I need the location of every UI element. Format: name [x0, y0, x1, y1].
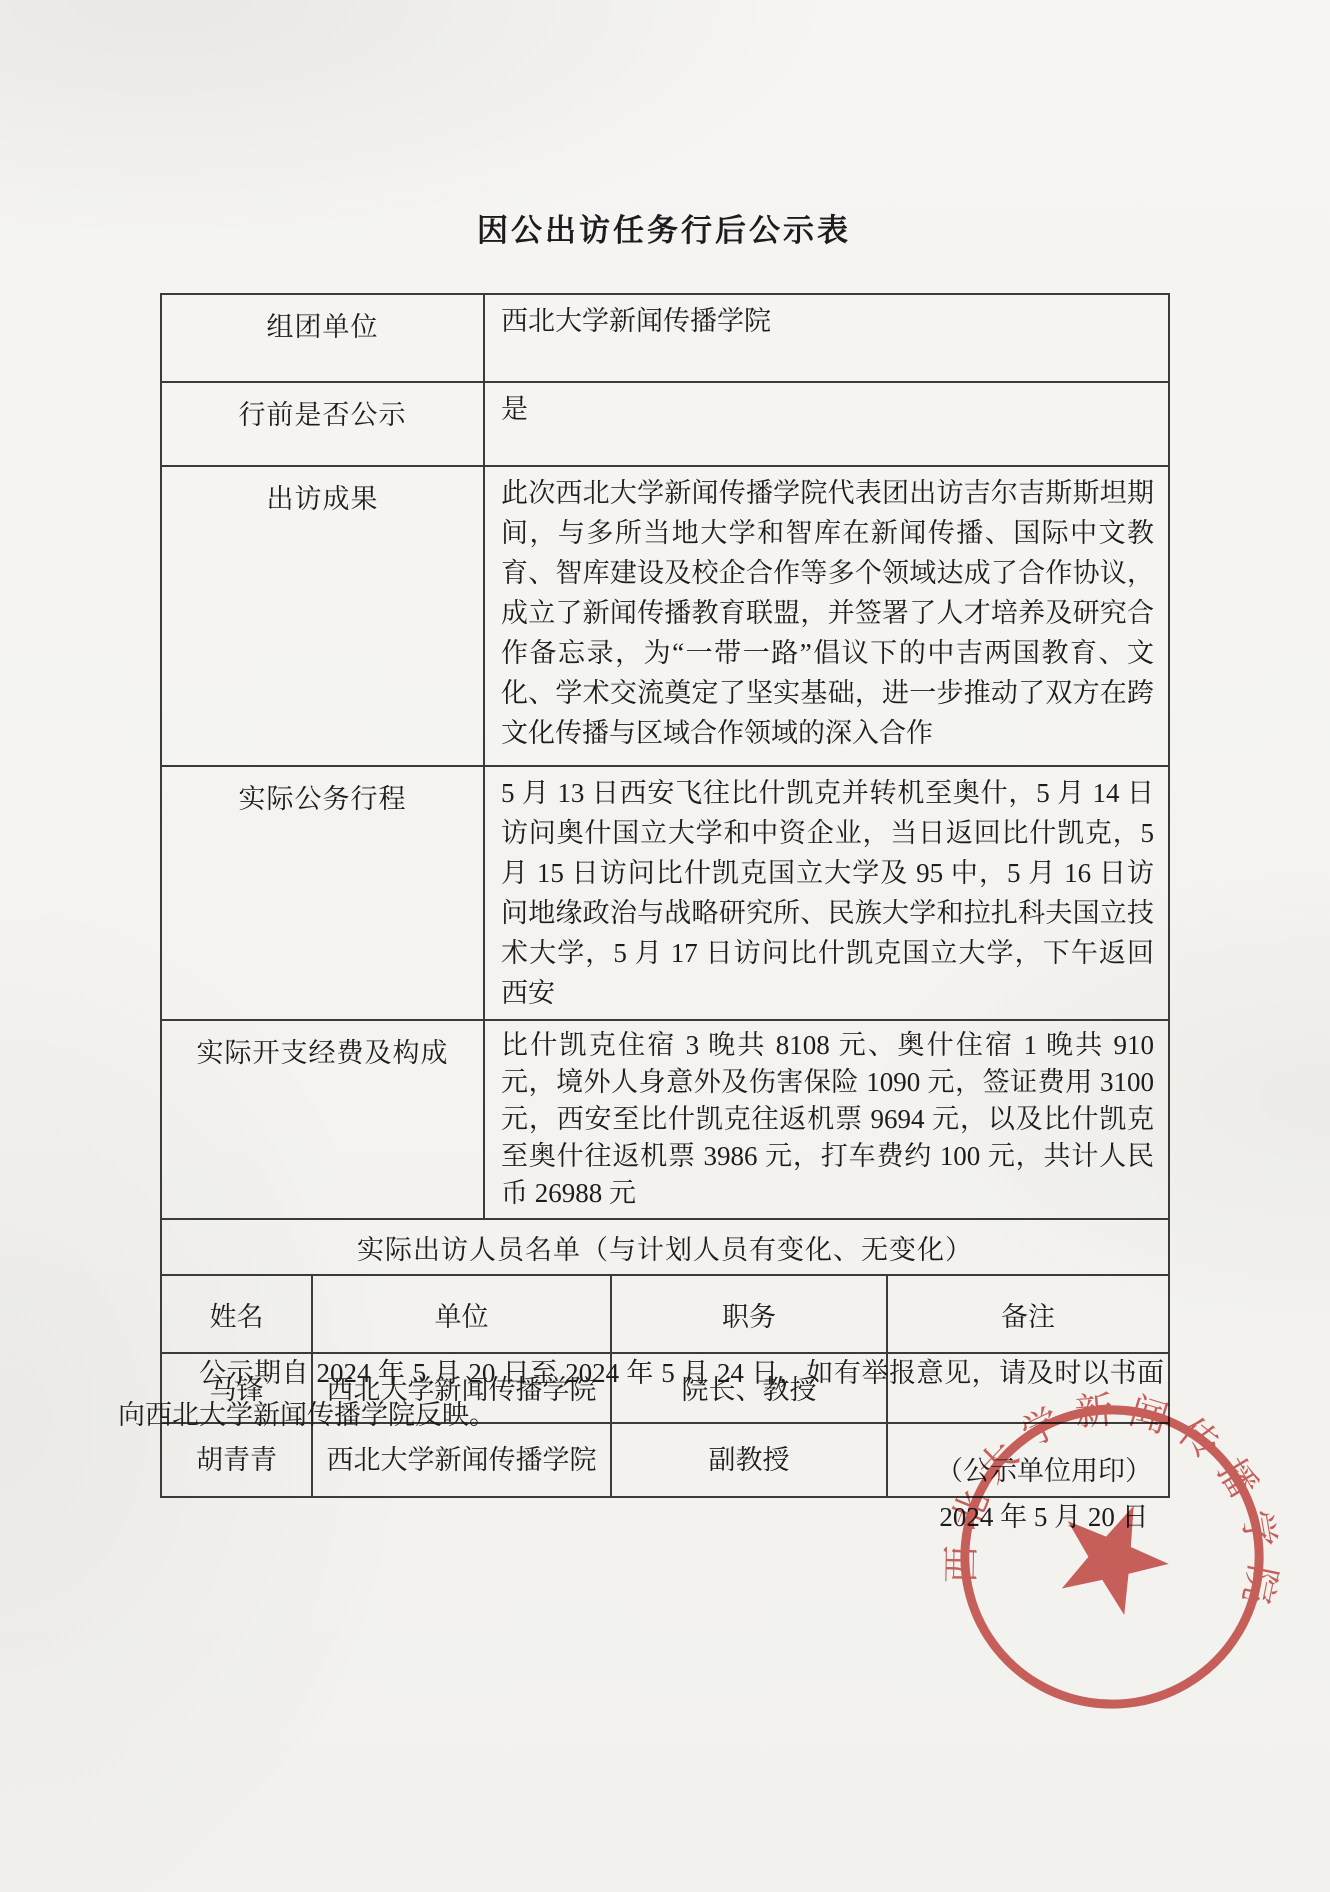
seal-star-icon [1042, 1484, 1184, 1623]
table-row: 行前是否公示 是 [161, 382, 1169, 466]
table-row: 组团单位 西北大学新闻传播学院 [161, 294, 1169, 382]
personnel-section-title: 实际出访人员名单（与计划人员有变化、无变化） [161, 1219, 1169, 1275]
personnel-header-remarks: 备注 [887, 1275, 1169, 1353]
personnel-header-position: 职务 [611, 1275, 887, 1353]
row-label-actual-itinerary: 实际公务行程 [161, 766, 484, 1020]
row-value-pre-trip-publicity: 是 [484, 382, 1169, 466]
table-row: 实际公务行程 5 月 13 日西安飞往比什凯克并转机至奥什，5 月 14 日访问… [161, 766, 1169, 1020]
row-value-organizing-unit: 西北大学新闻传播学院 [484, 294, 1169, 382]
row-label-visit-results: 出访成果 [161, 466, 484, 766]
table-row: 姓名 单位 职务 备注 [161, 1275, 1169, 1353]
personnel-header-unit: 单位 [312, 1275, 611, 1353]
row-label-organizing-unit: 组团单位 [161, 294, 484, 382]
row-label-pre-trip-publicity: 行前是否公示 [161, 382, 484, 466]
form-table: 组团单位 西北大学新闻传播学院 行前是否公示 是 出访成果 此次西北大学新闻传播… [160, 293, 1170, 1498]
table-row: 实际出访人员名单（与计划人员有变化、无变化） [161, 1219, 1169, 1275]
table-row: 出访成果 此次西北大学新闻传播学院代表团出访吉尔吉斯斯坦期间，与多所当地大学和智… [161, 466, 1169, 766]
official-seal-stamp: 西北大学新闻传播学院 [919, 1364, 1306, 1751]
row-value-visit-results: 此次西北大学新闻传播学院代表团出访吉尔吉斯斯坦期间，与多所当地大学和智库在新闻传… [484, 466, 1169, 766]
personnel-header-name: 姓名 [161, 1275, 312, 1353]
page-title: 因公出访任务行后公示表 [160, 205, 1168, 250]
row-value-actual-itinerary: 5 月 13 日西安飞往比什凯克并转机至奥什，5 月 14 日访问奥什国立大学和… [484, 766, 1169, 1020]
document-page: 因公出访任务行后公示表 组团单位 西北大学新闻传播学院 行前是否公示 是 出访成… [0, 0, 1330, 1892]
row-value-actual-expenses: 比什凯克住宿 3 晚共 8108 元、奥什住宿 1 晚共 910 元，境外人身意… [484, 1020, 1169, 1219]
table-row: 实际开支经费及构成 比什凯克住宿 3 晚共 8108 元、奥什住宿 1 晚共 9… [161, 1020, 1169, 1219]
row-label-actual-expenses: 实际开支经费及构成 [161, 1020, 484, 1219]
